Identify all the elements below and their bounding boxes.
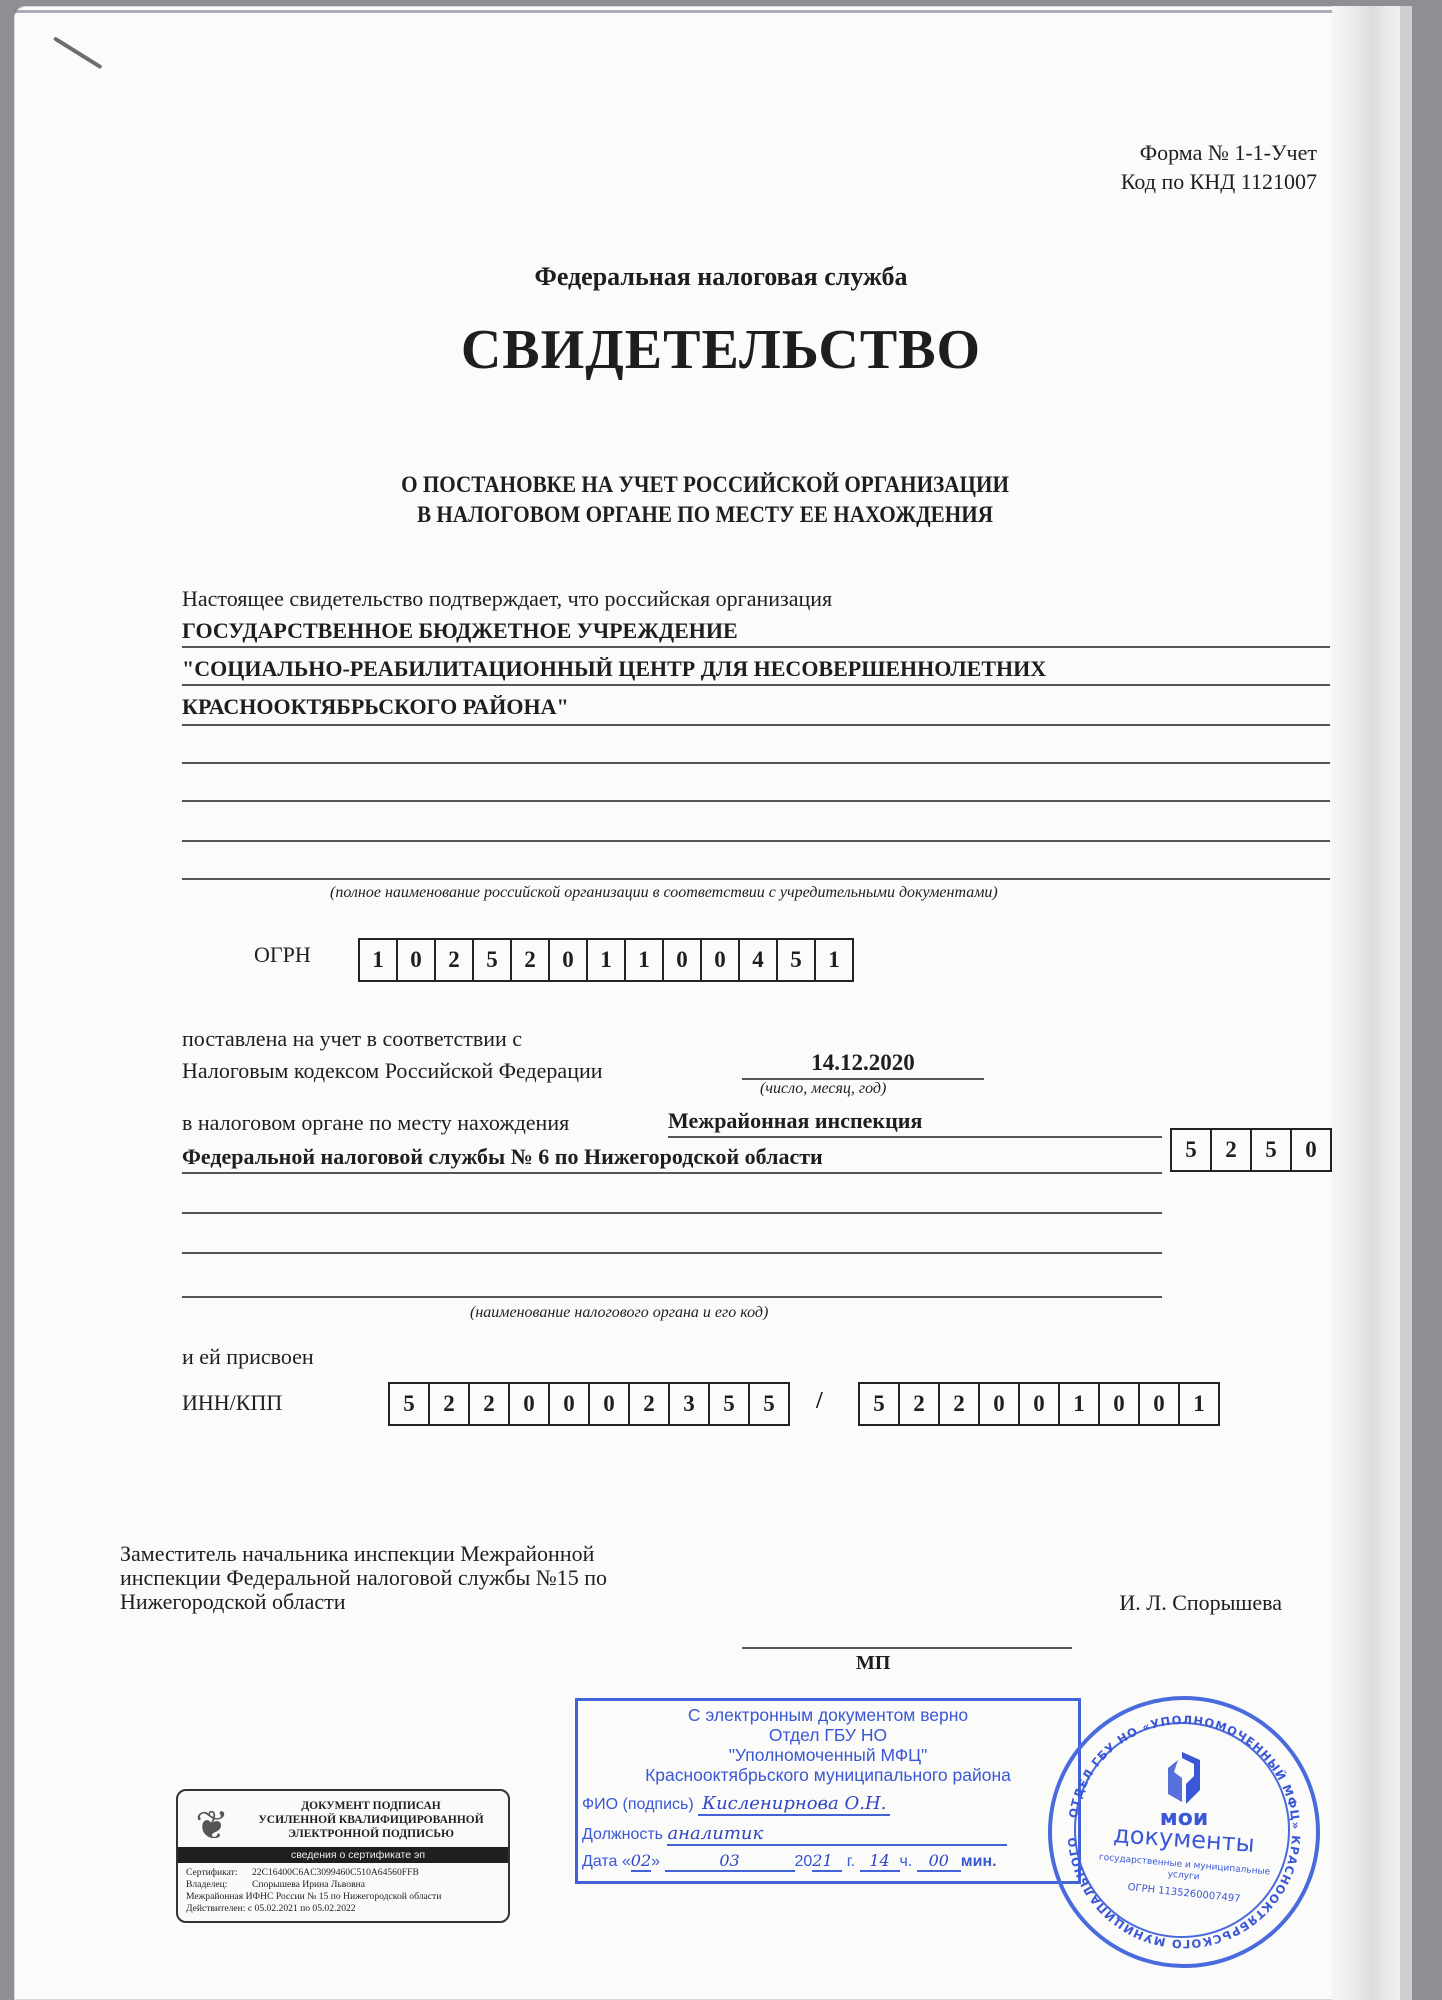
hour-handwritten: 14 xyxy=(860,1851,900,1872)
subtitle-line-1: О ПОСТАНОВКЕ НА УЧЕТ РОССИЙСКОЙ ОРГАНИЗА… xyxy=(360,470,1050,500)
authority-line-2: Федеральной налоговой службы № 6 по Ниже… xyxy=(182,1144,823,1170)
digit-cell: 5 xyxy=(710,1384,750,1424)
form-number: Форма № 1-1-Учет xyxy=(1121,138,1317,167)
authority-hint: (наименование налогового органа и его ко… xyxy=(470,1304,768,1322)
digit-cell: 1 xyxy=(360,940,398,980)
registration-line-2: Налоговым кодексом Российской Федерации xyxy=(182,1058,603,1084)
digit-cell: 0 xyxy=(590,1384,630,1424)
minute-suffix: мин. xyxy=(961,1853,997,1870)
esign-heading-line: ДОКУМЕНТ ПОДПИСАН xyxy=(238,1799,504,1813)
digit-cell: 0 xyxy=(1140,1384,1180,1424)
subtitle-line-2: В НАЛОГОВОМ ОРГАНЕ ПО МЕСТУ ЕЕ НАХОЖДЕНИ… xyxy=(360,500,1050,530)
digit-cell: 0 xyxy=(550,1384,590,1424)
digit-cell: 5 xyxy=(778,940,816,980)
esign-heading-line: ЭЛЕКТРОННОЙ ПОДПИСЬЮ xyxy=(238,1827,504,1841)
position-line-1: Заместитель начальника инспекции Межрайо… xyxy=(120,1542,607,1566)
digit-cell: 0 xyxy=(550,940,588,980)
cert-value: 22C16400C6AC3099460C510A64560FFB xyxy=(252,1867,419,1878)
date-hint: (число, месяц, год) xyxy=(760,1080,886,1098)
issuer-name: Федеральная налоговая служба xyxy=(0,262,1442,292)
esign-org: Межрайонная ИФНС России № 15 по Нижегоро… xyxy=(186,1891,441,1903)
document-title: СВИДЕТЕЛЬСТВО xyxy=(0,318,1442,382)
digit-cell: 1 xyxy=(626,940,664,980)
mfc-position-row: Должность аналитик xyxy=(582,1823,1007,1846)
signature-line xyxy=(742,1647,1072,1649)
inn-digits: 5220002355 xyxy=(388,1382,790,1426)
field-line xyxy=(182,1252,1162,1254)
document-subtitle: О ПОСТАНОВКЕ НА УЧЕТ РОССИЙСКОЙ ОРГАНИЗА… xyxy=(360,470,1050,530)
digit-cell: 5 xyxy=(1252,1130,1292,1170)
org-name-line-3: КРАСНООКТЯБРЬСКОГО РАЙОНА" xyxy=(182,694,569,720)
field-line xyxy=(182,840,1330,842)
digit-cell: 1 xyxy=(588,940,626,980)
valid-label: Действителен: xyxy=(186,1903,245,1914)
ogrn-digits: 1025201100451 xyxy=(358,938,854,982)
kpp-digits: 522001001 xyxy=(858,1382,1220,1426)
field-line xyxy=(182,646,1330,648)
org-intro: Настоящее свидетельство подтверждает, чт… xyxy=(182,586,832,612)
field-line xyxy=(182,1212,1162,1214)
authority-line-1: Межрайонная инспекция xyxy=(668,1108,922,1134)
digit-cell: 2 xyxy=(1212,1130,1252,1170)
position-label: Должность xyxy=(582,1826,663,1843)
digit-cell: 5 xyxy=(390,1384,430,1424)
authority-code: 5250 xyxy=(1170,1128,1332,1172)
digit-cell: 5 xyxy=(750,1384,788,1424)
digit-cell: 0 xyxy=(398,940,436,980)
digit-cell: 1 xyxy=(816,940,852,980)
stamp-place-label: МП xyxy=(856,1652,890,1675)
digit-cell: 1 xyxy=(1060,1384,1100,1424)
electronic-signature-badge: ❦ ДОКУМЕНТ ПОДПИСАН УСИЛЕННОЙ КВАЛИФИЦИР… xyxy=(176,1789,510,1923)
esign-details: Сертификат:22C16400C6AC3099460C510A64560… xyxy=(186,1867,441,1915)
position-handwritten: аналитик xyxy=(667,1823,1007,1846)
digit-cell: 2 xyxy=(630,1384,670,1424)
inn-kpp-label: ИНН/КПП xyxy=(182,1390,282,1416)
mfc-line: Краснооктябрьского муниципального района xyxy=(578,1765,1078,1785)
digit-cell: 2 xyxy=(512,940,550,980)
digit-cell: 0 xyxy=(1292,1130,1330,1170)
field-line xyxy=(182,684,1330,686)
digit-cell: 2 xyxy=(900,1384,940,1424)
position-line-2: инспекции Федеральной налоговой службы №… xyxy=(120,1566,607,1590)
digit-cell: 0 xyxy=(1100,1384,1140,1424)
hour-suffix: ч. xyxy=(900,1853,913,1870)
signer-name: И. Л. Спорышева xyxy=(1119,1590,1282,1616)
field-line xyxy=(182,1296,1162,1298)
month-handwritten: 03 xyxy=(665,1851,795,1872)
mfc-certification-stamp: С электронным документом верно Отдел ГБУ… xyxy=(575,1698,1081,1884)
year-suffix: г. xyxy=(847,1853,855,1870)
registration-line-1: поставлена на учет в соответствии с xyxy=(182,1026,522,1052)
mfc-stamp-heading: С электронным документом верно Отдел ГБУ… xyxy=(578,1705,1078,1785)
digit-cell: 0 xyxy=(980,1384,1020,1424)
inn-kpp-separator: / xyxy=(816,1388,823,1415)
field-line xyxy=(182,762,1330,764)
double-headed-eagle-icon: ❦ xyxy=(186,1799,238,1853)
owner-label: Владелец: xyxy=(186,1879,252,1891)
digit-cell: 5 xyxy=(860,1384,900,1424)
mfc-line: С электронным документом верно xyxy=(578,1705,1078,1725)
org-name-line-2: "СОЦИАЛЬНО-РЕАБИЛИТАЦИОННЫЙ ЦЕНТР ДЛЯ НЕ… xyxy=(182,656,1046,682)
digit-cell: 4 xyxy=(740,940,778,980)
staple-mark xyxy=(53,36,103,69)
field-line xyxy=(182,724,1330,726)
field-line xyxy=(182,800,1330,802)
digit-cell: 2 xyxy=(436,940,474,980)
assigned-label: и ей присвоен xyxy=(182,1344,314,1370)
minute-handwritten: 00 xyxy=(917,1851,961,1872)
knd-code: Код по КНД 1121007 xyxy=(1121,167,1317,196)
esign-heading: ДОКУМЕНТ ПОДПИСАН УСИЛЕННОЙ КВАЛИФИЦИРОВ… xyxy=(238,1799,504,1841)
digit-cell: 2 xyxy=(470,1384,510,1424)
year-handwritten: 21 xyxy=(812,1851,842,1872)
position-line-3: Нижегородской области xyxy=(120,1590,607,1614)
valid-value: с 05.02.2021 по 05.02.2022 xyxy=(248,1903,356,1914)
mfc-fio-row: ФИО (подпись) Кисленирнова О.Н. xyxy=(582,1793,890,1814)
registration-date: 14.12.2020 xyxy=(742,1050,984,1080)
digit-cell: 0 xyxy=(702,940,740,980)
moi-dokumenty-logo-icon xyxy=(1164,1750,1204,1806)
year-prefix: 20 xyxy=(795,1853,813,1870)
digit-cell: 0 xyxy=(510,1384,550,1424)
mfc-line: "Уполномоченный МФЦ" xyxy=(578,1745,1078,1765)
fio-label: ФИО (подпись) xyxy=(582,1796,694,1813)
mfc-line: Отдел ГБУ НО xyxy=(578,1725,1078,1745)
date-close: » xyxy=(651,1853,660,1870)
esign-heading-line: УСИЛЕННОЙ КВАЛИФИЦИРОВАННОЙ xyxy=(238,1813,504,1827)
field-line xyxy=(182,1172,1162,1174)
cert-label: Сертификат: xyxy=(186,1867,252,1879)
digit-cell: 0 xyxy=(664,940,702,980)
field-line xyxy=(668,1136,1162,1138)
owner-value: Спорышева Ирина Львовна xyxy=(252,1879,365,1890)
form-code-block: Форма № 1-1-Учет Код по КНД 1121007 xyxy=(1121,138,1317,196)
digit-cell: 2 xyxy=(940,1384,980,1424)
digit-cell: 0 xyxy=(1020,1384,1060,1424)
ogrn-label: ОГРН xyxy=(254,942,311,968)
authority-label: в налоговом органе по месту нахождения xyxy=(182,1110,569,1136)
digit-cell: 3 xyxy=(670,1384,710,1424)
round-seal: ОТДЕЛ ГБУ НО «УПОЛНОМОЧЕННЫЙ МФЦ» КРАСНО… xyxy=(1048,1696,1320,1968)
digit-cell: 5 xyxy=(474,940,512,980)
day-handwritten: 02 xyxy=(631,1851,651,1872)
digit-cell: 2 xyxy=(430,1384,470,1424)
digit-cell: 5 xyxy=(1172,1130,1212,1170)
signatory-position: Заместитель начальника инспекции Межрайо… xyxy=(120,1542,607,1614)
date-label: Дата « xyxy=(582,1853,631,1870)
field-line xyxy=(182,878,1330,880)
mfc-date-row: Дата «02» 032021 г. 14ч. 00мин. xyxy=(582,1851,997,1872)
digit-cell: 1 xyxy=(1180,1384,1218,1424)
esign-info-bar: сведения о сертификате эп xyxy=(178,1847,508,1863)
page-stack-edge-dark xyxy=(1400,6,1412,2000)
org-name-line-1: ГОСУДАРСТВЕННОЕ БЮДЖЕТНОЕ УЧРЕЖДЕНИЕ xyxy=(182,618,738,644)
org-name-hint: (полное наименование российской организа… xyxy=(330,884,998,902)
fio-handwritten: Кисленирнова О.Н. xyxy=(698,1793,890,1816)
